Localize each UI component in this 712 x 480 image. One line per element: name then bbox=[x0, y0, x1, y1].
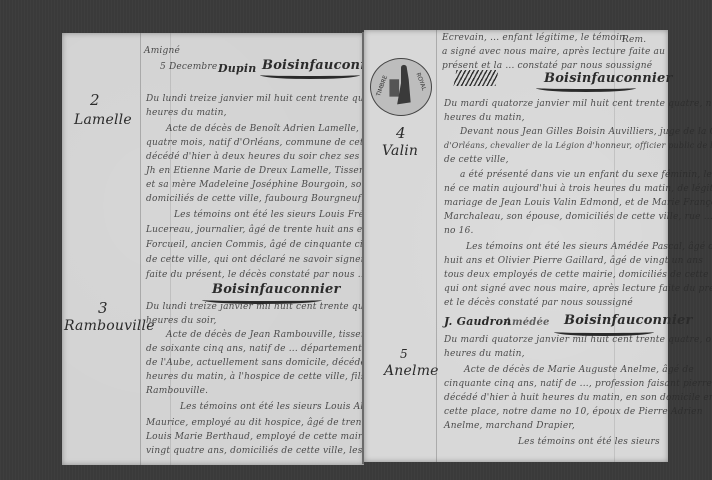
signature: Amédée bbox=[504, 318, 550, 328]
royal-tax-stamp-icon: TIMBRE ROYAL bbox=[370, 58, 432, 116]
entry-name: Valin bbox=[382, 144, 418, 158]
entry-line: vingt quatre ans, domiciliés de cette vi… bbox=[146, 447, 388, 456]
stamp-label-right: ROYAL bbox=[415, 72, 427, 92]
entry-line: Rambouville. bbox=[146, 387, 208, 396]
entry-line: décédé d'hier à huit heures du matin, en… bbox=[444, 394, 712, 403]
entry-line: Acte de décès de Benoît Adrien Lamelle, … bbox=[166, 125, 394, 134]
header-line: 5 Decembre bbox=[160, 63, 217, 72]
margin-note: Rem. bbox=[622, 36, 646, 45]
entry-name: Anelme bbox=[384, 364, 439, 378]
entry-number: 4 bbox=[396, 126, 406, 141]
entry-line: Les témoins ont été les sieurs bbox=[518, 438, 660, 447]
entry-line: domiciliés de cette ville, faubourg Bour… bbox=[146, 195, 394, 204]
entry-line: né ce matin aujourd'hui à trois heures d… bbox=[444, 185, 712, 194]
entry-line: tous deux employés de cette mairie, domi… bbox=[444, 271, 712, 280]
entry-line: no 16. bbox=[444, 227, 474, 236]
entry-line: d'Orléans, chevalier de la Légion d'honn… bbox=[444, 142, 712, 150]
entry-line: mariage de Jean Louis Valin Edmond, et d… bbox=[444, 199, 712, 208]
entry-line: heures du matin, bbox=[146, 109, 227, 118]
entry-line: heures du soir, bbox=[146, 317, 217, 326]
stamp-label-left: TIMBRE bbox=[376, 74, 390, 98]
entry-line: cinquante cinq ans, natif de ..., profes… bbox=[444, 380, 712, 389]
entry-line: heures du matin, bbox=[444, 114, 525, 123]
continuation-line: a signé avec nous maire, après lecture f… bbox=[442, 48, 665, 57]
entry-line: Marchaleau, son épouse, domiciliés de ce… bbox=[444, 213, 712, 222]
entry-line: de cette ville, bbox=[444, 156, 509, 165]
left-page: Amigné 5 Decembre Dupin Boisinfauconnier… bbox=[62, 33, 364, 465]
entry-line: qui ont signé avec nous maire, après lec… bbox=[444, 285, 712, 294]
margin-rule bbox=[140, 33, 141, 465]
entry-line: de soixante cinq ans, natif de ... dépar… bbox=[146, 345, 362, 354]
signature: Boisinfauconnier bbox=[544, 72, 673, 85]
continuation-line: Ecrevain, ... enfant légitime, le témoin bbox=[442, 34, 625, 43]
entry-line: Les témoins ont été les sieurs Louis Fré… bbox=[174, 211, 388, 220]
signature: J. Gaudron bbox=[444, 316, 511, 327]
entry-line: Du mardi quatorze janvier mil huit cent … bbox=[444, 100, 712, 109]
entry-number: 3 bbox=[98, 301, 108, 316]
signature: Boisinfauconnier bbox=[564, 314, 693, 327]
header-line: Amigné bbox=[144, 47, 180, 56]
entry-line: Du mardi quatorze janvier mil huit cent … bbox=[444, 336, 712, 345]
signature: Boisinfauconnier bbox=[212, 283, 341, 296]
entry-line: Anelme, marchand Drapier, bbox=[444, 422, 575, 431]
entry-line: a été présenté dans vie un enfant du sex… bbox=[460, 171, 712, 180]
entry-name: Lamelle bbox=[74, 113, 132, 127]
signature: Dupin bbox=[218, 63, 256, 74]
paraph-hatching bbox=[454, 70, 499, 86]
entry-line: heures du matin, bbox=[444, 350, 525, 359]
entry-line: cette place, notre dame no 10, époux de … bbox=[444, 408, 703, 417]
entry-number: 2 bbox=[90, 93, 100, 108]
margin-rule bbox=[436, 30, 437, 462]
entry-number: 5 bbox=[400, 348, 408, 360]
entry-line: Jh en Etienne Marie de Dreux Lamelle, Ti… bbox=[146, 167, 384, 176]
entry-line: et le décès constaté par nous soussigné bbox=[444, 299, 633, 308]
entry-line: Les témoins ont été les sieurs Amédée Pa… bbox=[466, 243, 712, 252]
signature-flourish bbox=[260, 71, 360, 79]
signature-flourish bbox=[536, 84, 636, 92]
entry-name: Rambouville bbox=[64, 319, 155, 333]
entry-line: Devant nous Jean Gilles Boisin Auvillier… bbox=[460, 128, 712, 137]
entry-line: Acte de décès de Marie Auguste Anelme, â… bbox=[464, 366, 694, 375]
entry-line: huit ans et Olivier Pierre Gaillard, âgé… bbox=[444, 257, 703, 266]
